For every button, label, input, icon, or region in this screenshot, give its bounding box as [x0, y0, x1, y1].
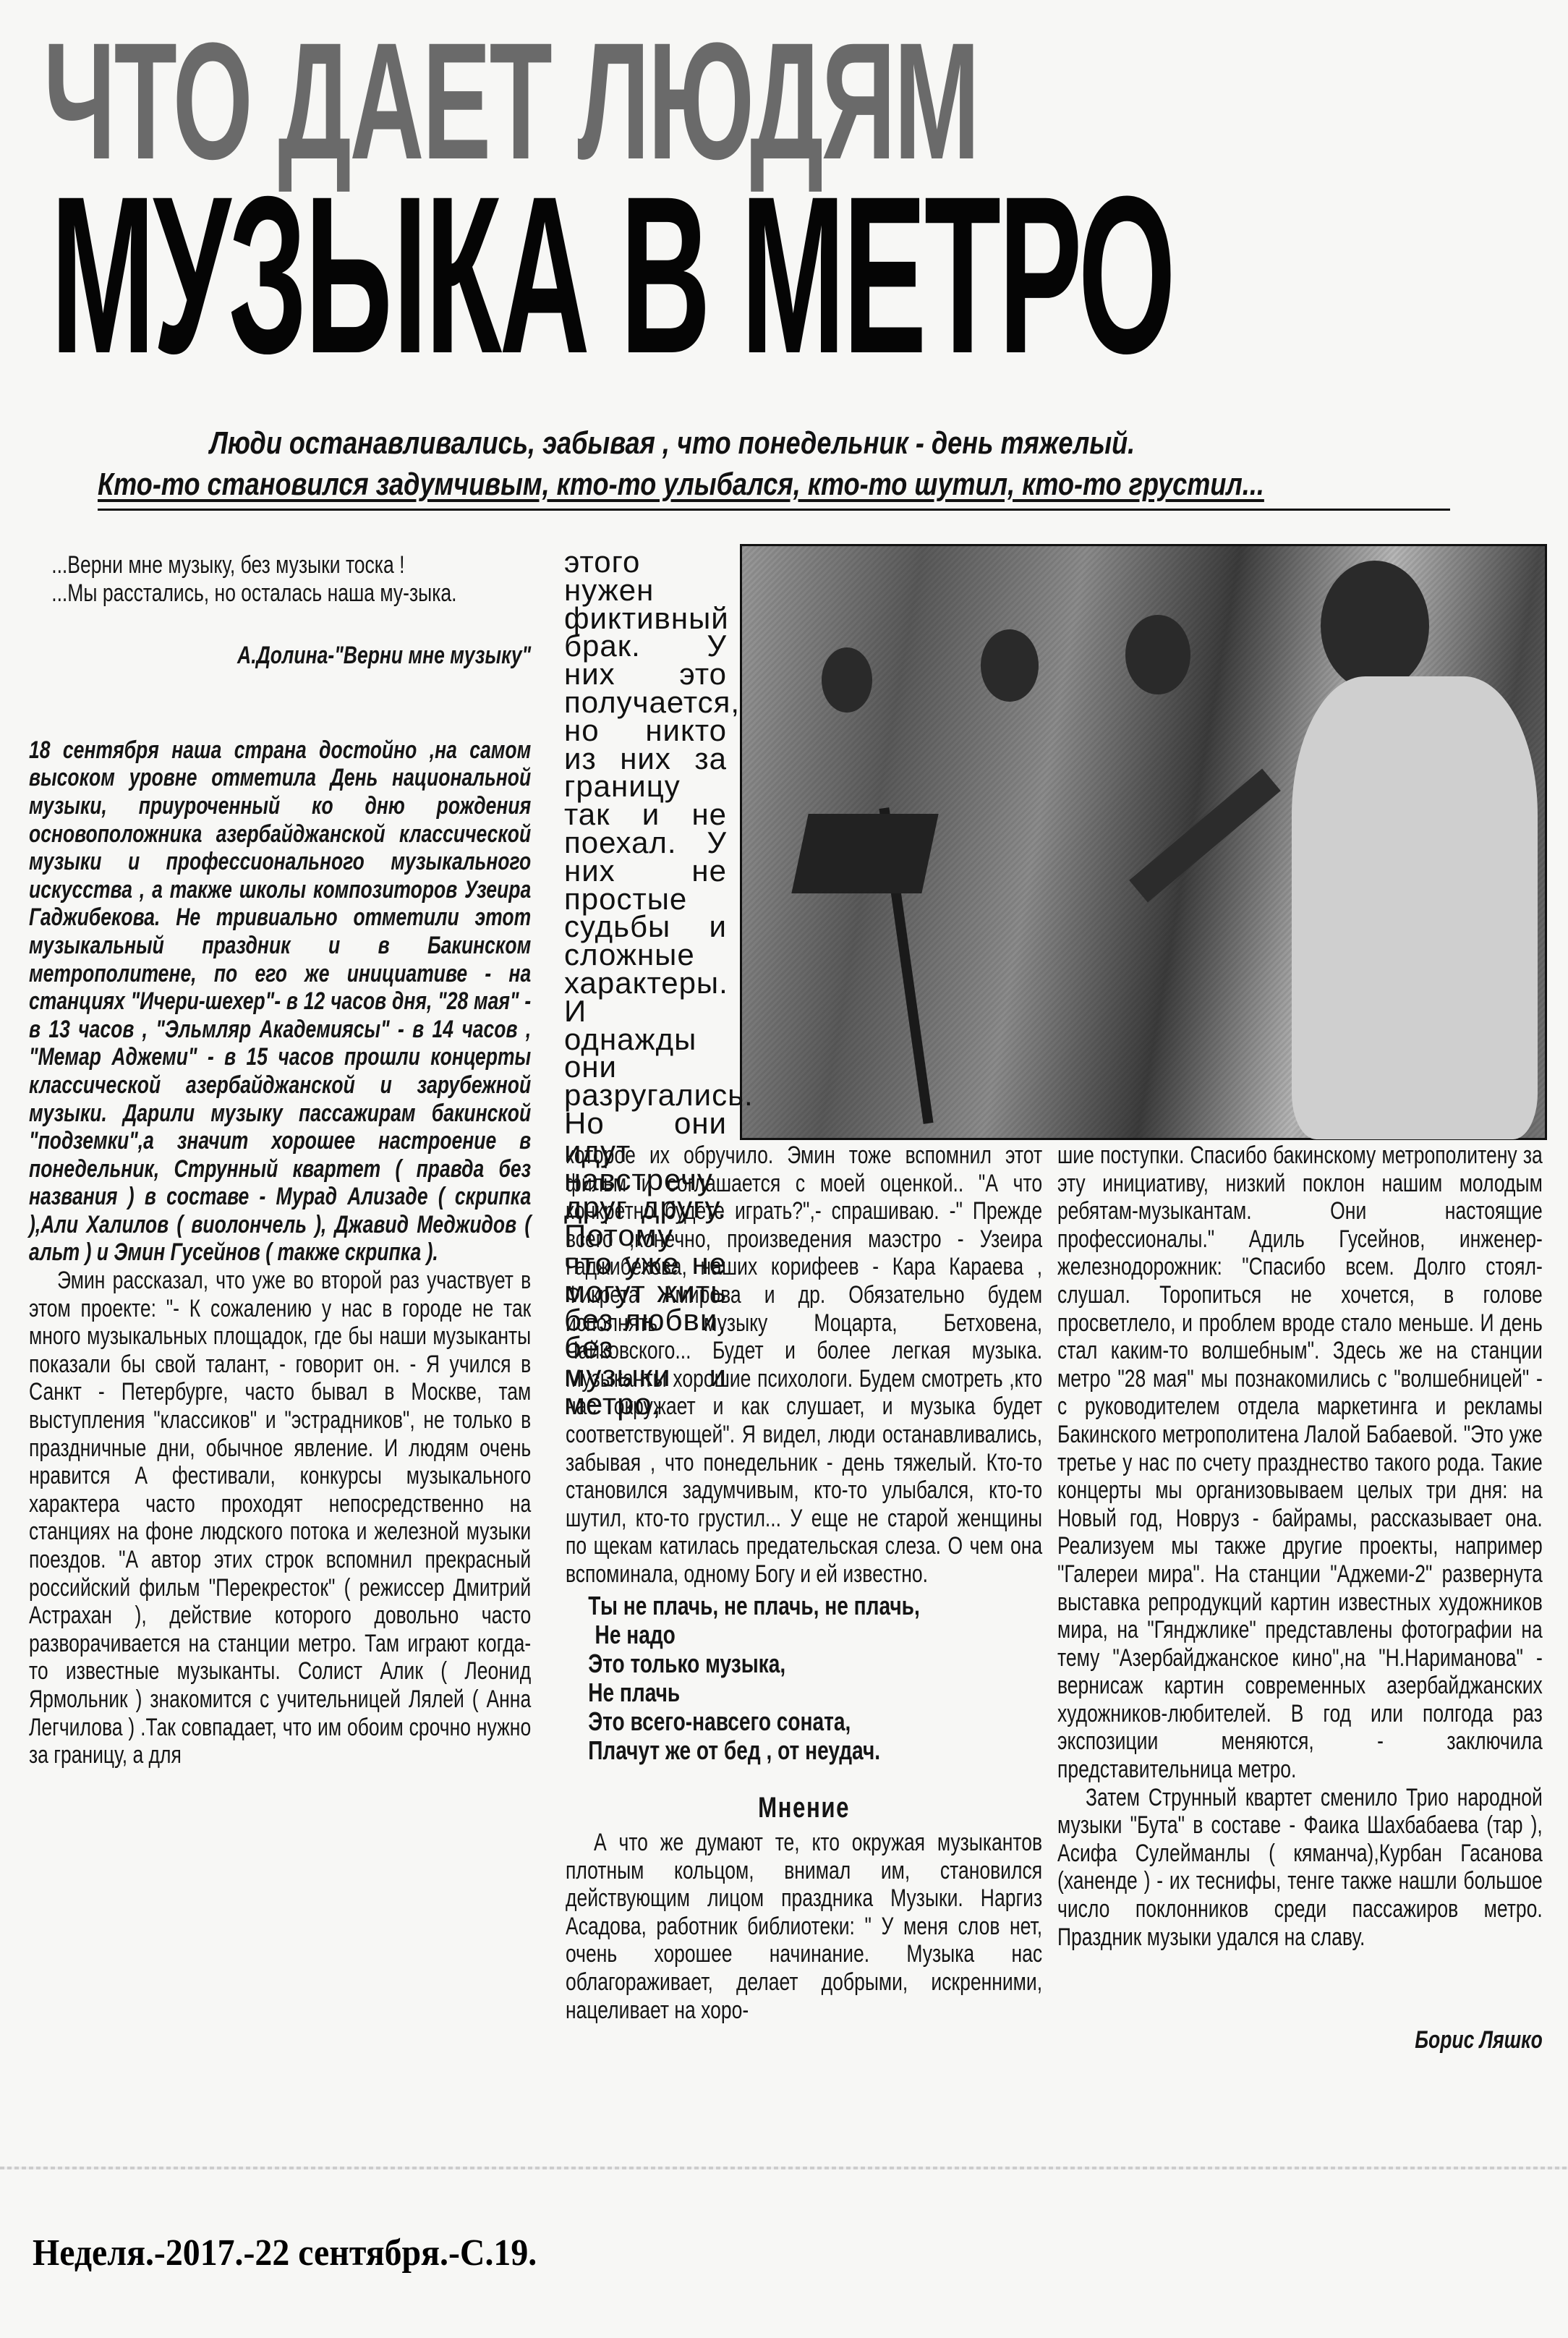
- source-citation: Неделя.-2017.-22 сентября.-С.19.: [33, 2232, 537, 2274]
- page-bottom-border: [0, 2167, 1568, 2169]
- song-verse: Ты не плачь, не плачь, не плачь, Не надо…: [588, 1591, 1042, 1765]
- column-2-inner: которое их обручило. Эмин тоже вспомнил …: [566, 1142, 1042, 2024]
- column-3-text: шие поступки. Спасибо бакинскому метропо…: [1057, 1142, 1543, 1784]
- opinion-heading: Мнение: [566, 1794, 1042, 1822]
- verse-line: Это только музыка,: [588, 1649, 1042, 1678]
- verse-line: Это всего-навсего соната,: [588, 1707, 1042, 1736]
- lead-paragraph: 18 сентября наша страна достойно ,на сам…: [29, 736, 531, 1267]
- musician-1-head: [822, 647, 872, 713]
- cello-neck: [1129, 769, 1281, 903]
- subtitle-line-1: Люди останавливались, эабывая , что поне…: [210, 423, 1135, 464]
- verse-line: Не плачь: [588, 1678, 1042, 1707]
- headline-title: МУЗЫКА В МЕТРО: [51, 177, 881, 373]
- column-3: шие поступки. Спасибо бакинскому метропо…: [1057, 1142, 1568, 2079]
- musician-3-head: [1125, 615, 1190, 694]
- epigraph-line-2: ...Мы расстались, но осталась наша му-зы…: [29, 579, 531, 608]
- epigraph-line-1: ...Верни мне музыку, без музыки тоска !: [29, 551, 531, 579]
- column-3-inner: шие поступки. Спасибо бакинскому метропо…: [1057, 1142, 1543, 2054]
- verse-line: Плачут же от бед , от неудач.: [588, 1736, 1042, 1765]
- epigraph-author: А.Долина-"Верни мне музыку": [29, 642, 531, 670]
- verse-line: Не надо: [588, 1620, 1042, 1649]
- opinion-text: А что же думают те, кто окружая музыкант…: [566, 1829, 1042, 2024]
- cellist-body: [1292, 676, 1538, 1139]
- column-1-body: Эмин рассказал, что уже во второй раз уч…: [29, 1267, 531, 1769]
- subtitle-line-2: Кто-то становился задумчивым, кто-то улы…: [98, 464, 1264, 505]
- column-2-text: которое их обручило. Эмин тоже вспомнил …: [566, 1142, 1042, 1589]
- musician-2-head: [981, 629, 1039, 702]
- verse-line: Ты не плачь, не плачь, не плачь,: [588, 1591, 1042, 1620]
- sheet-music: [791, 814, 938, 893]
- column-3-closing: Затем Струнный квартет сменило Трио наро…: [1057, 1784, 1543, 1952]
- musician-4-head: [1321, 561, 1429, 691]
- column-1-inner: ...Верни мне музыку, без музыки тоска ! …: [29, 551, 531, 1769]
- quartet-photo: [740, 544, 1547, 1140]
- subtitle-underline-rule: [98, 509, 1450, 511]
- author-signature: Борис Ляшко: [1057, 2026, 1543, 2054]
